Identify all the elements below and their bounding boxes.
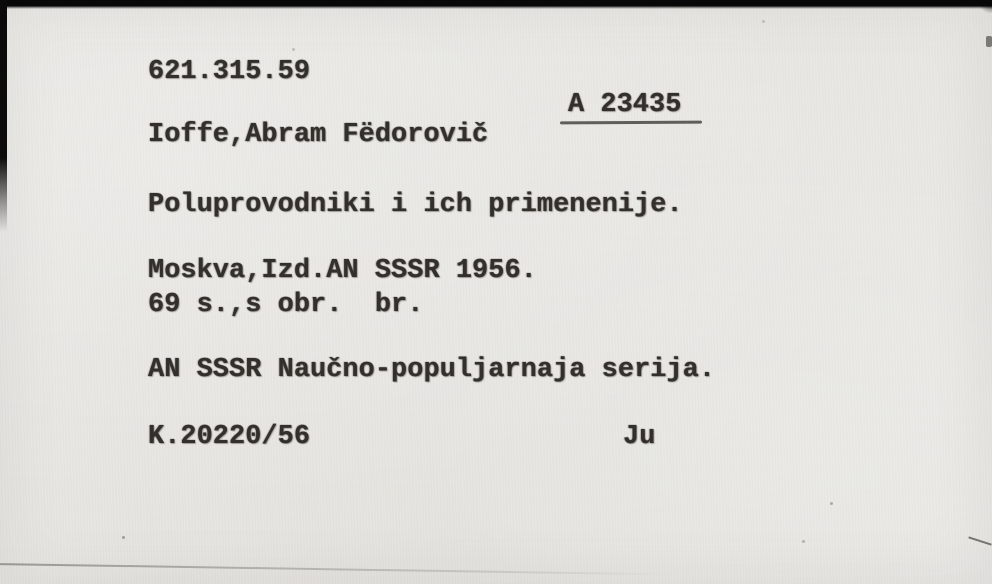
- classification-number: 621.315.59: [148, 56, 310, 88]
- scan-edge-top-right: [978, 0, 992, 13]
- scan-edge-left: [0, 0, 7, 232]
- call-number: K.20220/56: [148, 421, 310, 453]
- cataloger-initials: Ju: [623, 421, 655, 453]
- imprint-line: Moskva,Izd.AN SSSR 1956.: [148, 255, 537, 287]
- scan-edge-top: [0, 0, 992, 9]
- catalog-card-scan: 621.315.59 A 23435 Ioffe,Abram Fëdorovič…: [0, 0, 992, 584]
- series-line: AN SSSR Naučno-populjarnaja serija.: [148, 354, 715, 386]
- scan-mark-right: [986, 36, 992, 47]
- paper-specks: [122, 536, 125, 539]
- collation-line: 69 s.,s obr. br.: [148, 289, 423, 321]
- author-line: Ioffe,Abram Fëdorovič: [148, 119, 488, 151]
- accession-number: A 23435: [568, 89, 681, 121]
- title-line: Poluprovodniki i ich primenenije.: [148, 189, 683, 221]
